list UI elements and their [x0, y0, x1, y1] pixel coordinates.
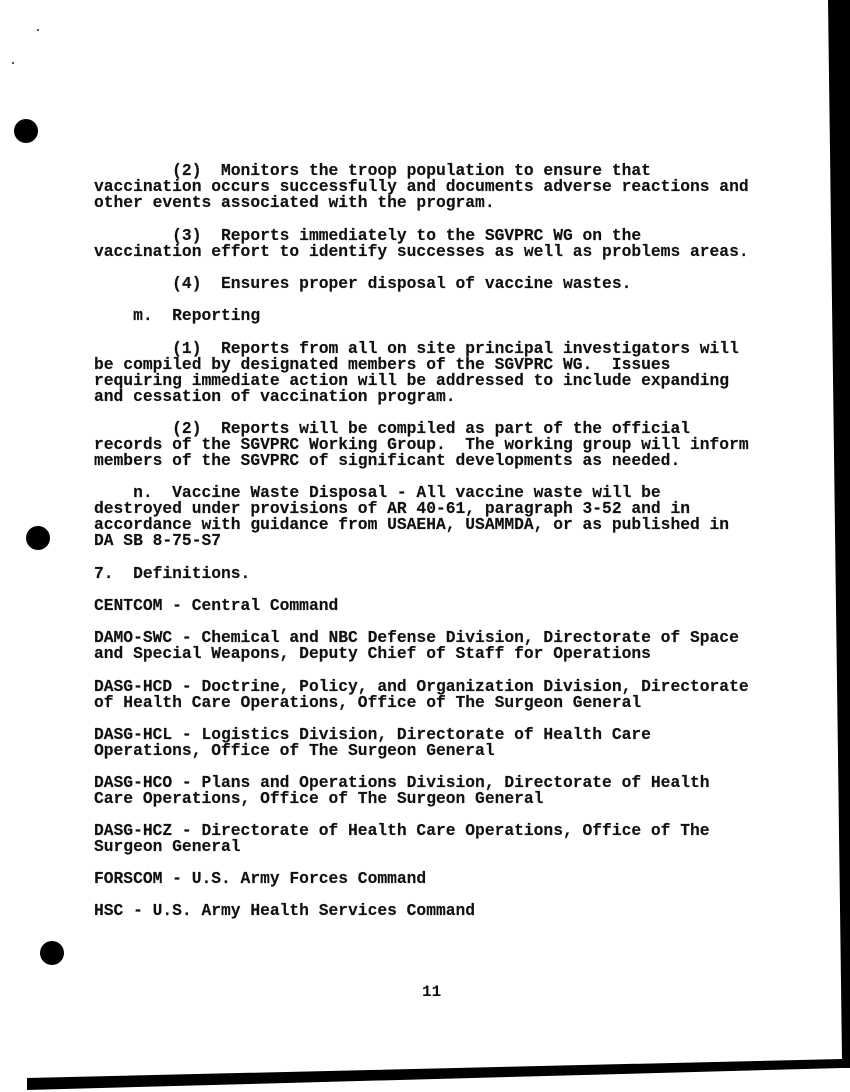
definition-forscom: FORSCOM - U.S. Army Forces Command	[94, 871, 426, 887]
scan-speck	[12, 62, 14, 64]
paragraph-m2: (2) Reports will be compiled as part of …	[94, 421, 749, 469]
paragraph-l2-monitors: (2) Monitors the troop population to ens…	[94, 163, 749, 211]
page-number: 11	[422, 984, 441, 1000]
definition-dasg-hcd: DASG-HCD - Doctrine, Policy, and Organiz…	[94, 679, 749, 711]
definition-dasg-hcl: DASG-HCL - Logistics Division, Directora…	[94, 727, 651, 759]
definition-dasg-hco: DASG-HCO - Plans and Operations Division…	[94, 775, 710, 807]
definition-damo-swc: DAMO-SWC - Chemical and NBC Defense Divi…	[94, 630, 739, 662]
definition-centcom: CENTCOM - Central Command	[94, 598, 338, 614]
scanned-document-page: (2) Monitors the troop population to ens…	[0, 0, 850, 1092]
section-heading-definitions: 7. Definitions.	[94, 566, 250, 582]
punch-hole-bottom	[40, 941, 64, 965]
punch-hole-middle	[26, 526, 50, 550]
paragraph-m1: (1) Reports from all on site principal i…	[94, 341, 739, 405]
scan-speck	[37, 29, 39, 31]
definition-dasg-hcz: DASG-HCZ - Directorate of Health Care Op…	[94, 823, 710, 855]
punch-hole-top	[14, 119, 38, 143]
definition-hsc: HSC - U.S. Army Health Services Command	[94, 903, 475, 919]
paragraph-l4-disposal: (4) Ensures proper disposal of vaccine w…	[94, 276, 631, 292]
paragraph-n-waste-disposal: n. Vaccine Waste Disposal - All vaccine …	[94, 485, 729, 549]
paragraph-l3-reports: (3) Reports immediately to the SGVPRC WG…	[94, 228, 749, 260]
section-heading-m-reporting: m. Reporting	[94, 308, 260, 324]
